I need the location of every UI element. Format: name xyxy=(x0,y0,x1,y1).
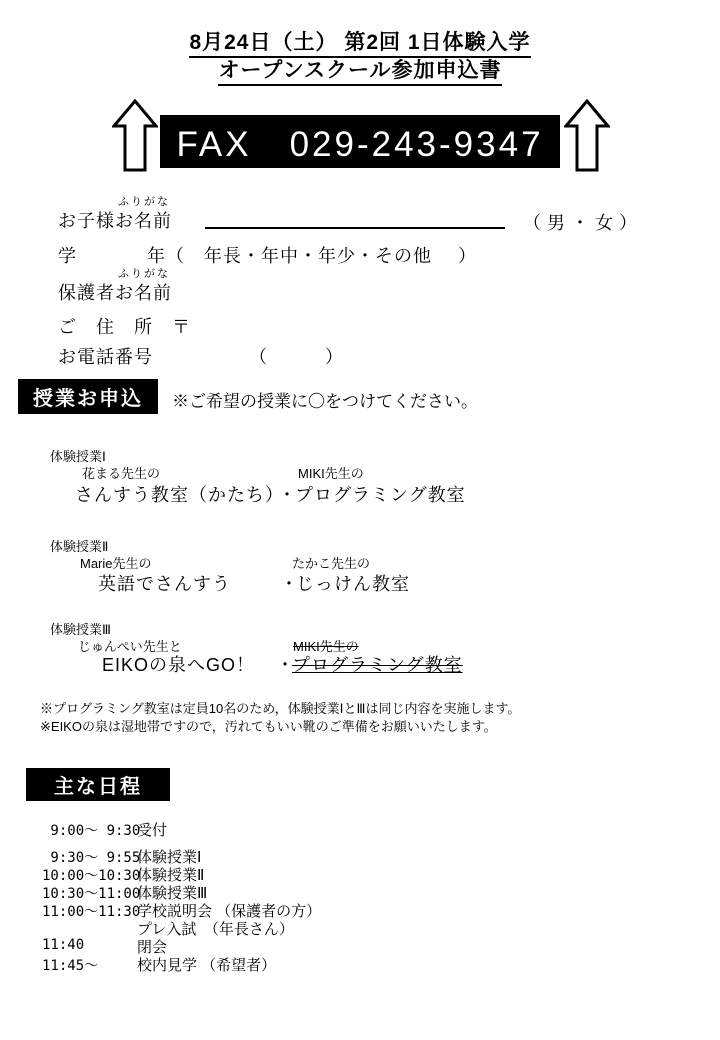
teacher-name-left: 花まる先生の xyxy=(82,463,160,482)
phone-label: お電話番号 xyxy=(58,343,153,369)
class-option-left: 英語でさんすう xyxy=(98,570,231,596)
page-title: 8月24日（土） 第2回 1日体験入学 オープンスクール参加申込書 xyxy=(0,30,720,86)
class-option-left: さんすう教室（かたち） xyxy=(75,481,284,507)
up-arrow-icon-left xyxy=(112,99,158,172)
class-section-header: 授業お申込 xyxy=(18,379,158,414)
schedule-time: 10:30～11:00 xyxy=(42,883,140,903)
schedule-event: 校内見学 （希望者） xyxy=(137,954,276,975)
grade-paren-close: ） xyxy=(458,242,477,268)
guardian-name-label: 保護者お名前 xyxy=(58,279,172,305)
up-arrow-icon-right xyxy=(564,99,610,172)
gender-options: （男・女） xyxy=(523,209,643,235)
schedule-time: 11:00～11:30 xyxy=(42,901,140,921)
address-label: ご 住 所 〒 xyxy=(58,313,191,339)
class-option-right: プログラミング教室 xyxy=(295,481,466,507)
footnote-2: ※EIKOの泉は湿地帯ですので，汚れてもいい靴のご準備をお願いいたします。 xyxy=(40,716,497,735)
schedule-time: 10:00～10:30 xyxy=(42,865,140,885)
class-section-instruction: ※ご希望の授業に〇をつけてください。 xyxy=(172,387,478,412)
teacher-name-right: MIKI先生の xyxy=(298,463,364,482)
class-option-right: じっけん教室 xyxy=(296,570,410,596)
child-name-fill-line xyxy=(205,209,505,229)
class-option-right-crossed-out: プログラミング教室 xyxy=(292,651,463,677)
schedule-event: 受付 xyxy=(137,819,167,840)
schedule-time: 11:40 xyxy=(42,937,84,953)
schedule-time: 9:30～ 9:55 xyxy=(42,847,140,867)
fax-banner: FAX 029-243-9347 xyxy=(160,115,560,168)
schedule-section-header: 主な日程 xyxy=(26,768,170,801)
fax-number: FAX 029-243-9347 xyxy=(176,117,543,167)
footnote-1: ※プログラミング教室は定員10名のため，体験授業ⅠとⅢは同じ内容を実施します。 xyxy=(40,698,520,717)
grade-options: 年（ 年長・年中・年少・その他 xyxy=(147,242,432,268)
application-form-page: 8月24日（土） 第2回 1日体験入学 オープンスクール参加申込書 FAX 02… xyxy=(0,0,720,1040)
grade-label: 学 xyxy=(58,242,77,268)
page-title-line-2: オープンスクール参加申込書 xyxy=(218,58,501,86)
page-title-line-1: 8月24日（土） 第2回 1日体験入学 xyxy=(189,30,530,58)
phone-paren: （ ） xyxy=(249,343,344,369)
class-option-left: EIKOの泉へGO！ xyxy=(102,651,255,677)
schedule-time: 9:00～ 9:30 xyxy=(42,820,140,840)
schedule-time: 11:45～ xyxy=(42,955,98,975)
child-name-label: お子様お名前 xyxy=(58,207,172,233)
